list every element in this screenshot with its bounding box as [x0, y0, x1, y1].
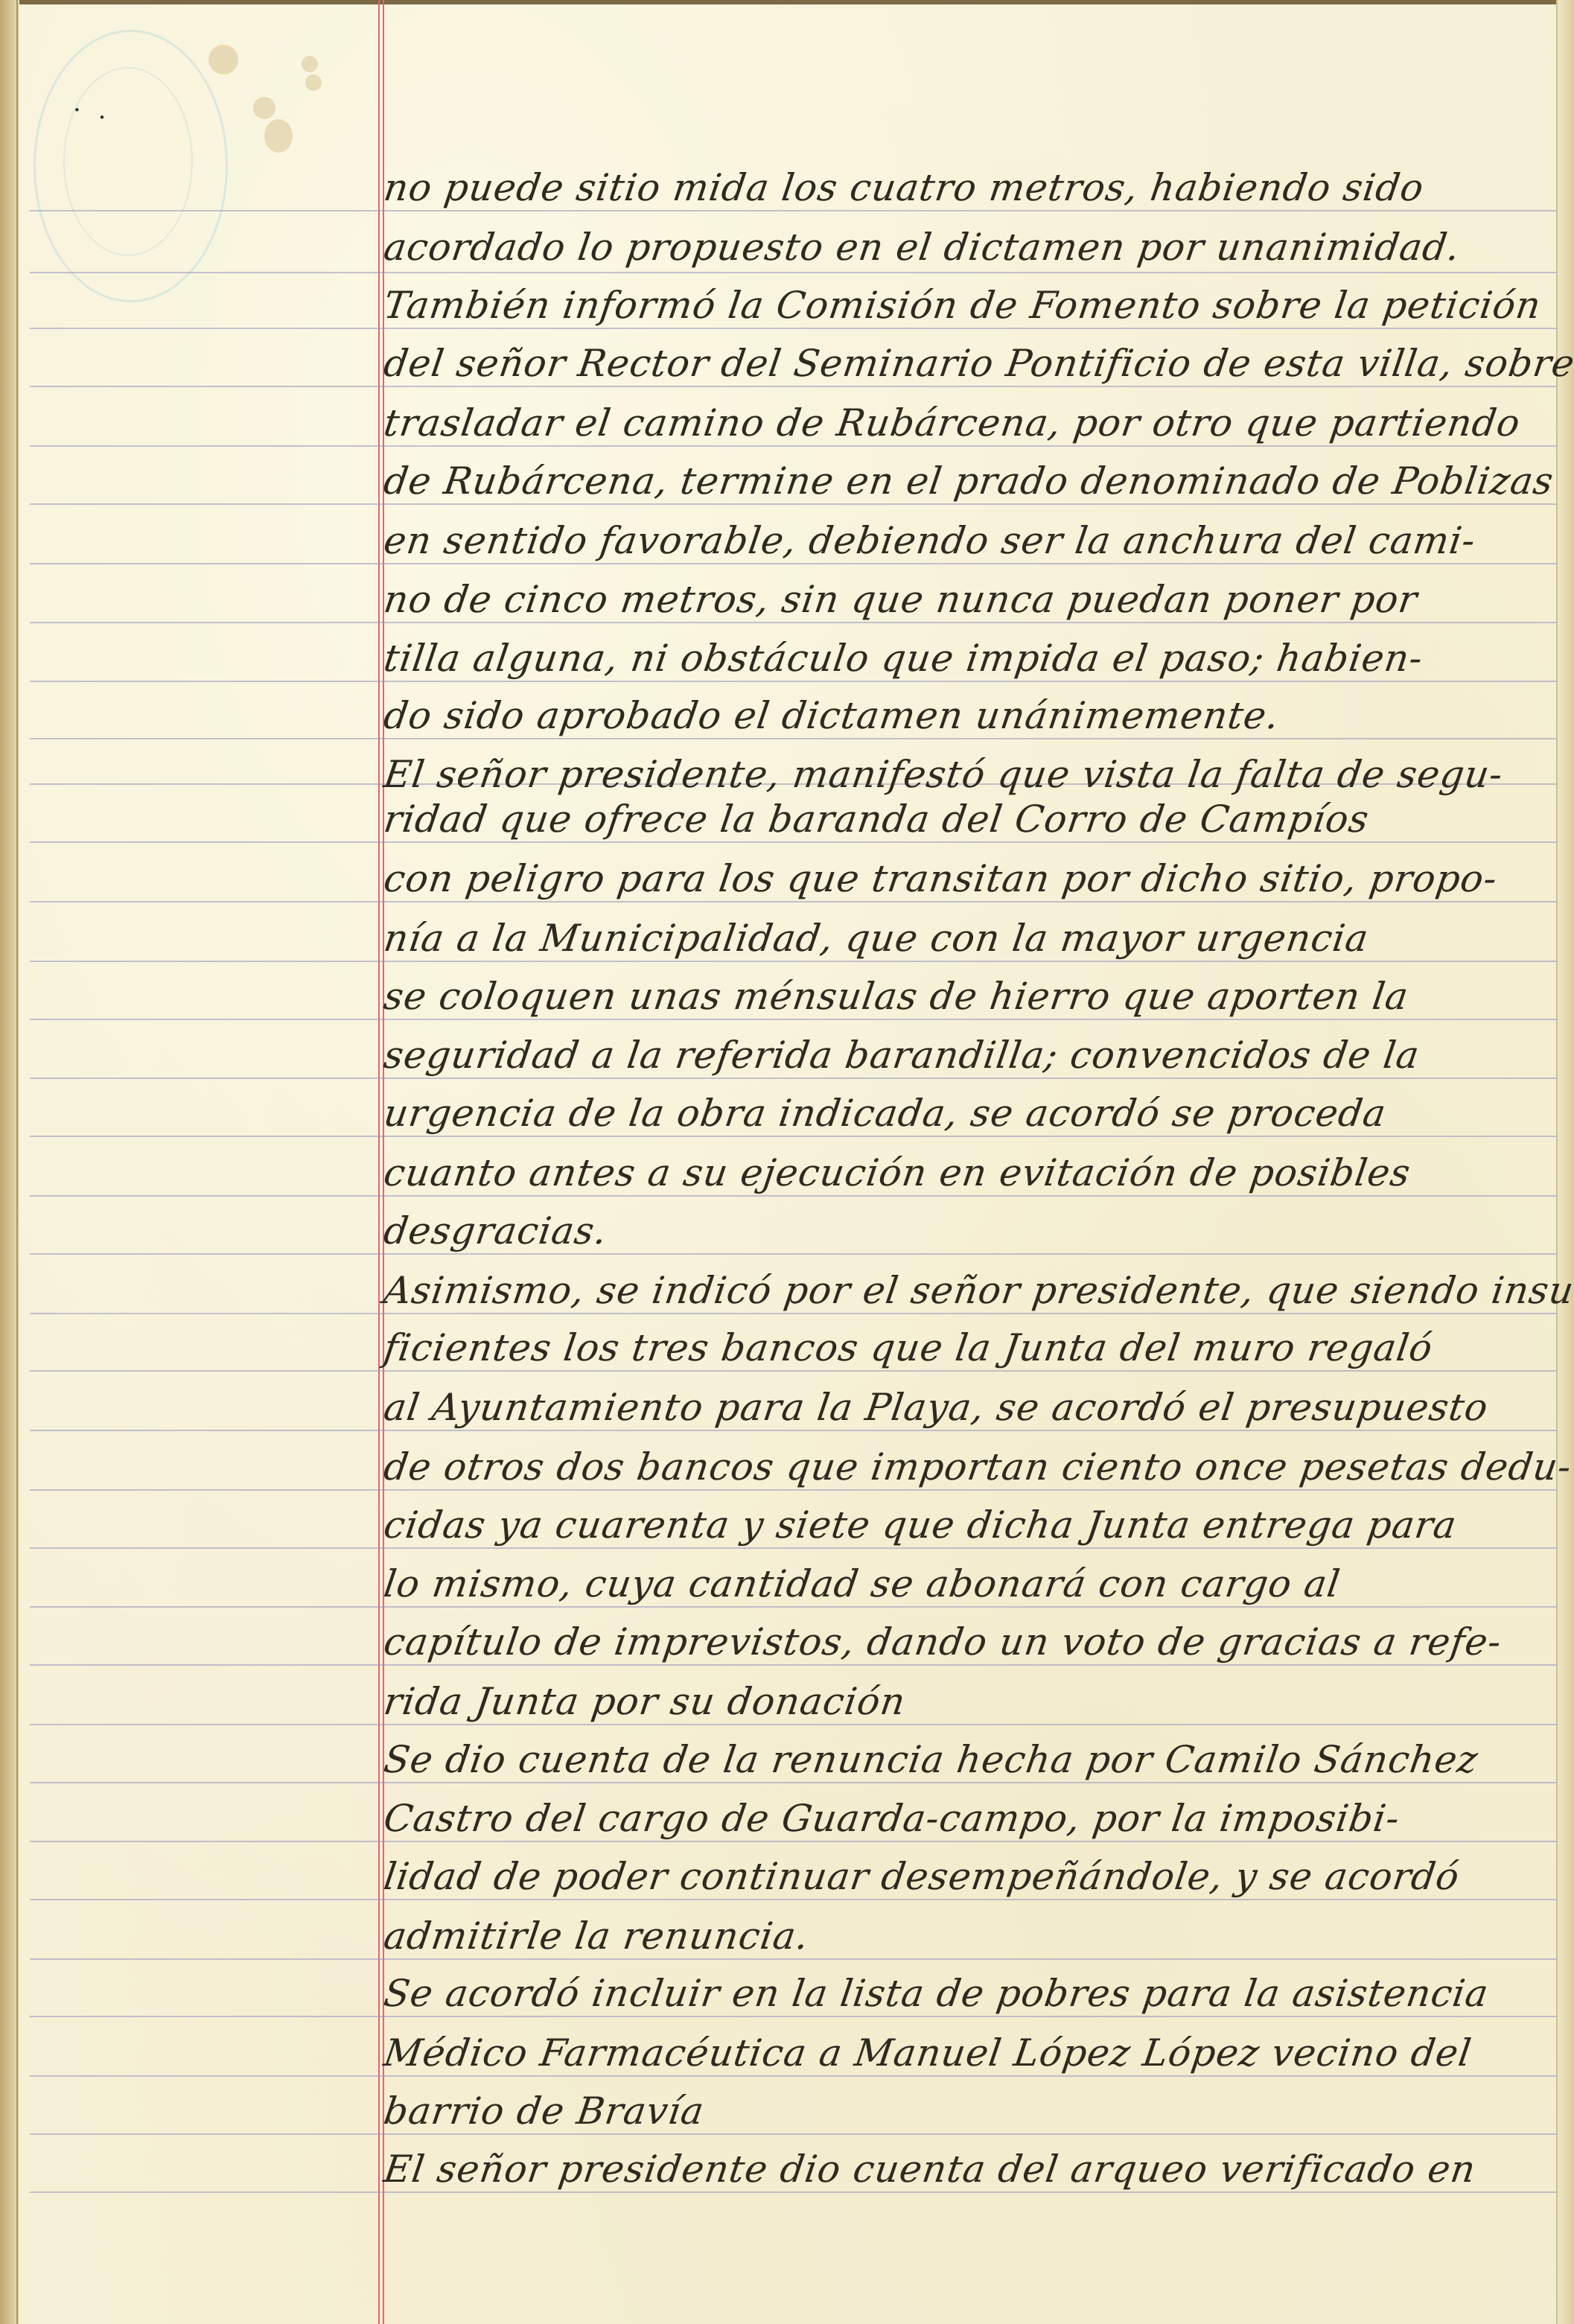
red-margin-line-right — [383, 0, 384, 2324]
ruled-line — [30, 2133, 1556, 2135]
ruled-line — [30, 901, 1556, 902]
text-line: urgencia de la obra indicada, se acordó … — [381, 1091, 1389, 1136]
ruled-line — [30, 681, 1556, 682]
ruled-line — [30, 622, 1556, 623]
ruled-line — [30, 1253, 1556, 1255]
ink-specks: · . — [73, 95, 110, 125]
text-line: nía a la Municipalidad, que con la mayor… — [381, 916, 1371, 961]
text-line: trasladar el camino de Rubárcena, por ot… — [381, 401, 1523, 445]
foxing-stain — [302, 56, 318, 72]
ruled-line — [30, 328, 1556, 329]
ruled-line — [30, 1664, 1556, 1666]
text-line: ficientes los tres bancos que la Junta d… — [381, 1325, 1436, 1370]
text-line: barrio de Bravía — [381, 2089, 707, 2133]
ruled-line — [30, 1899, 1556, 1900]
ruled-line — [30, 961, 1556, 962]
text-line: acordado lo propuesto en el dictamen por… — [381, 225, 1463, 270]
ruled-line — [30, 1136, 1556, 1137]
text-line: capítulo de imprevistos, dando un voto d… — [381, 1620, 1505, 1664]
ruled-line — [30, 841, 1556, 843]
text-line: se coloquen unas ménsulas de hierro que … — [381, 974, 1412, 1019]
text-line: con peligro para los que transitan por d… — [381, 856, 1500, 901]
ruled-line — [30, 1370, 1556, 1372]
ruled-line — [30, 1430, 1556, 1431]
text-line: Castro del cargo de Guarda-campo, por la… — [381, 1796, 1403, 1841]
text-line: ridad que ofrece la baranda del Corro de… — [381, 797, 1372, 841]
text-line: admitirle la renuncia. — [381, 1914, 812, 1958]
text-line: Se acordó incluir en la lista de pobres … — [381, 1971, 1492, 2016]
text-line: Se dio cuenta de la renuncia hecha por C… — [381, 1737, 1481, 1782]
ruled-line — [30, 1782, 1556, 1783]
foxing-stain — [253, 97, 275, 119]
text-line: cuanto antes a su ejecución en evitación… — [381, 1150, 1414, 1195]
foxing-stain — [208, 45, 238, 74]
text-line: no puede sitio mida los cuatro metros, h… — [381, 165, 1427, 210]
page-top-edge — [0, 0, 1574, 4]
ruled-line — [30, 386, 1556, 387]
text-line: Médico Farmacéutica a Manuel López López… — [381, 2031, 1475, 2075]
ruled-line — [30, 1313, 1556, 1314]
text-line: al Ayuntamiento para la Playa, se acordó… — [381, 1385, 1491, 1430]
text-line: lo mismo, cuya cantidad se abonará con c… — [381, 1561, 1343, 1606]
ruled-line — [30, 210, 1556, 211]
document-page: · . no puede sitio mida los cuatro metro… — [0, 0, 1574, 2324]
ruled-line — [30, 2075, 1556, 2077]
text-line: en sentido favorable, debiendo ser la an… — [381, 518, 1479, 563]
ruled-line — [30, 445, 1556, 447]
ruled-line — [30, 1606, 1556, 1608]
text-line: del señor Rector del Seminario Pontifici… — [381, 341, 1574, 386]
text-line: desgracias. — [381, 1209, 611, 1253]
ruled-line — [30, 1077, 1556, 1079]
text-line: También informó la Comisión de Fomento s… — [381, 283, 1544, 328]
ruled-line — [30, 1195, 1556, 1197]
ruled-line — [30, 2016, 1556, 2017]
text-line: seguridad a la referida barandilla; conv… — [381, 1033, 1423, 1077]
text-line: do sido aprobado el dictamen unánimement… — [381, 693, 1282, 738]
foxing-stain — [264, 119, 293, 153]
text-line: cidas ya cuarenta y siete que dicha Junt… — [381, 1503, 1460, 1547]
ruled-line — [30, 2191, 1556, 2193]
ruled-line — [30, 1489, 1556, 1491]
ruled-line — [30, 738, 1556, 739]
text-line: El señor presidente dio cuenta del arque… — [381, 2147, 1479, 2191]
text-line: no de cinco metros, sin que nunca puedan… — [381, 577, 1421, 622]
ruled-line — [30, 272, 1556, 273]
text-line: Asimismo, se indicó por el señor preside… — [381, 1268, 1574, 1313]
ruled-line — [30, 1841, 1556, 1842]
foxing-stain — [305, 74, 322, 91]
ruled-line — [30, 1547, 1556, 1549]
text-line: El señor presidente, manifestó que vista… — [381, 752, 1506, 797]
binding-fold-line — [16, 0, 18, 2324]
red-margin-line-left — [378, 0, 380, 2324]
text-line: de otros dos bancos que importan ciento … — [381, 1445, 1574, 1489]
text-line: de Rubárcena, termine en el prado denomi… — [381, 459, 1557, 503]
text-line: tilla alguna, ni obstáculo que impida el… — [381, 636, 1426, 681]
ruled-line — [30, 1724, 1556, 1725]
text-line: rida Junta por su donación — [381, 1679, 908, 1724]
ruled-line — [30, 1958, 1556, 1960]
ruled-line — [30, 563, 1556, 564]
text-line: lidad de poder continuar desempeñándole,… — [381, 1854, 1462, 1899]
ruled-line — [30, 503, 1556, 505]
ruled-line — [30, 1019, 1556, 1020]
